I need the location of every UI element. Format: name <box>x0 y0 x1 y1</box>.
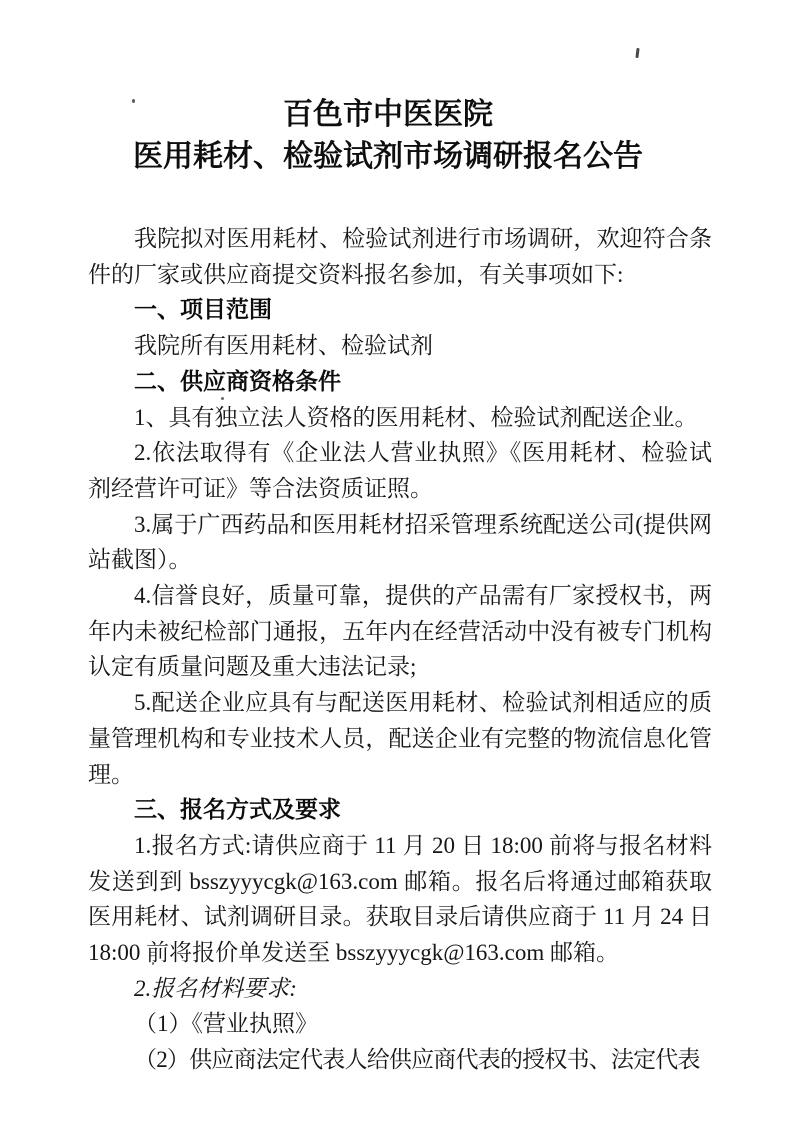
scan-speck-icon <box>132 99 135 103</box>
scan-speck-icon <box>635 48 639 58</box>
qualification-item-5: 5.配送企业应具有与配送医用耗材、检验试剂相适应的质量管理机构和专业技术人员，配… <box>88 685 712 792</box>
document-title: 百色市中医医院 医用耗材、检验试剂市场调研报名公告 <box>86 94 690 178</box>
section-2-heading: 二、供应商资格条件 <box>88 364 712 400</box>
materials-item-1: （1）《营业执照》 <box>88 1006 712 1042</box>
title-line-hospital-name: 百色市中医医院 <box>86 94 690 136</box>
document-body: 我院拟对医用耗材、检验试剂进行市场调研，欢迎符合条件的厂家或供应商提交资料报名参… <box>88 221 712 1078</box>
section-1-heading: 一、项目范围 <box>88 292 712 328</box>
section-3-heading: 三、报名方式及要求 <box>88 792 712 828</box>
intro-paragraph: 我院拟对医用耗材、检验试剂进行市场调研，欢迎符合条件的厂家或供应商提交资料报名参… <box>88 221 712 292</box>
scanned-document-page: 百色市中医医院 医用耗材、检验试剂市场调研报名公告 我院拟对医用耗材、检验试剂进… <box>0 0 800 1131</box>
qualification-item-1: 1、具有独立法人资格的医用耗材、检验试剂配送企业。 <box>88 400 712 436</box>
section-1-scope-text: 我院所有医用耗材、检验试剂 <box>88 328 712 364</box>
qualification-item-3: 3.属于广西药品和医用耗材招采管理系统配送公司(提供网站截图）。 <box>88 507 712 578</box>
qualification-item-2: 2.依法取得有《企业法人营业执照》《医用耗材、检验试剂经营许可证》等合法资质证照… <box>88 435 712 506</box>
scan-speck-icon <box>221 397 224 400</box>
qualification-item-4: 4.信誉良好，质量可靠，提供的产品需有厂家授权书，两年内未被纪检部门通报，五年内… <box>88 578 712 685</box>
title-line-announcement-name: 医用耗材、检验试剂市场调研报名公告 <box>86 136 690 178</box>
scan-speck-icon <box>152 962 154 965</box>
registration-method-paragraph: 1.报名方式:请供应商于 11 月 20 日 18:00 前将与报名材料发送到到… <box>88 828 712 971</box>
materials-item-2: （2）供应商法定代表人给供应商代表的授权书、法定代表 <box>88 1042 712 1078</box>
materials-requirement-heading: 2.报名材料要求: <box>88 971 712 1007</box>
